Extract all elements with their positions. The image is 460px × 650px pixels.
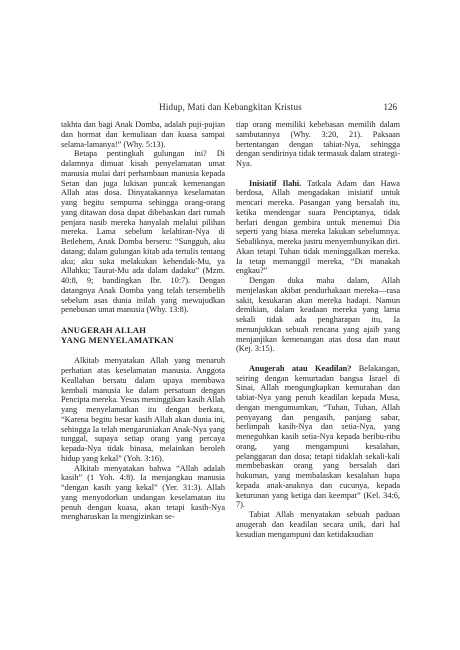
paragraph-lead: Anugerah atau Keadilan? xyxy=(249,364,351,373)
running-header-title: Hidup, Mati dan Kebangkitan Kristus xyxy=(61,102,400,113)
paragraph: Dengan duka maha dalam, Allah menjelaska… xyxy=(236,276,400,354)
book-page: Hidup, Mati dan Kebangkitan Kristus 126 … xyxy=(0,0,460,650)
right-column: tiap orang memiliki kebebasan memilih da… xyxy=(236,120,400,539)
left-column: takhta dan bagi Anak Domba, adalah puji-… xyxy=(61,120,225,539)
paragraph: Betapa pentingkah gulungan ini? Di dalam… xyxy=(61,149,225,315)
paragraph: Tabiat Allah menyatakan sebuah paduan an… xyxy=(236,510,400,539)
paragraph: Inisiatif Ilahi. Tatkala Adam dan Hawa b… xyxy=(236,179,400,277)
text-columns: takhta dan bagi Anak Domba, adalah puji-… xyxy=(61,120,400,539)
paragraph: Alkitab menyatakan Allah yang menaruh pe… xyxy=(61,356,225,463)
paragraph: Alkitab menyatakan bahwa “Allah adalah k… xyxy=(61,464,225,523)
paragraph: Anugerah atau Keadilan? Belakangan, seir… xyxy=(236,364,400,510)
page-number: 126 xyxy=(384,102,398,113)
running-header: Hidup, Mati dan Kebangkitan Kristus 126 xyxy=(61,102,400,114)
section-heading: ANUGERAH ALLAHYANG MENYELAMATKAN xyxy=(61,325,225,346)
paragraph-lead: Inisiatif Ilahi. xyxy=(249,179,301,188)
paragraph: takhta dan bagi Anak Domba, adalah puji-… xyxy=(61,120,225,149)
paragraph: tiap orang memiliki kebebasan memilih da… xyxy=(236,120,400,169)
